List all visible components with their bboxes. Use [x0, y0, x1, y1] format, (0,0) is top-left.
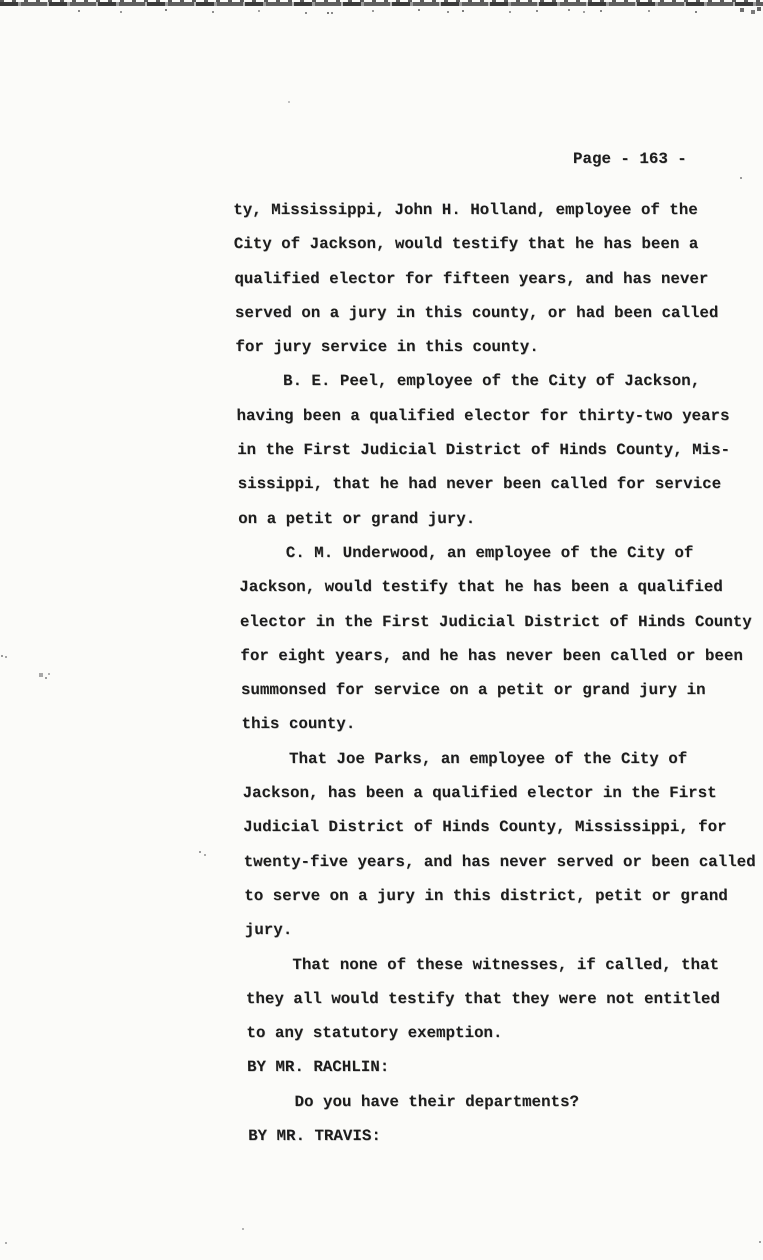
text-line: twenty-five years, and has never served … [243, 845, 763, 879]
text-line: jury. [245, 913, 763, 947]
text-line: having been a qualified elector for thir… [236, 399, 763, 433]
scan-edge-dots [0, 8, 2, 10]
text-line: elector in the First Judicial District o… [240, 605, 763, 639]
text-line: in the First Judicial District of Hinds … [237, 433, 763, 467]
text-line: BY MR. TRAVIS: [248, 1119, 763, 1153]
text-line: Judicial District of Hinds County, Missi… [243, 810, 763, 844]
paragraph: BY MR. TRAVIS: [248, 1119, 763, 1153]
paragraph: ty, Mississippi, John H. Holland, employ… [233, 193, 763, 364]
text-line: on a petit or grand jury. [238, 502, 763, 536]
text-line: Jackson, has been a qualified elector in… [242, 776, 763, 810]
text-line: Do you have their departments? [247, 1085, 763, 1119]
text-line: BY MR. RACHLIN: [247, 1050, 763, 1084]
text-line: That Joe Parks, an employee of the City … [242, 742, 763, 776]
paragraph: That Joe Parks, an employee of the City … [242, 742, 763, 948]
scanned-page: Page - 163 - ty, Mississippi, John H. Ho… [0, 0, 763, 1260]
text-line: to any statutory exemption. [246, 1016, 763, 1050]
scan-noise-specks [0, 0, 2, 2]
paragraph: Do you have their departments? [247, 1085, 763, 1119]
text-line: they all would testify that they were no… [246, 982, 763, 1016]
text-line: to serve on a jury in this district, pet… [244, 879, 763, 913]
text-line: That none of these witnesses, if called,… [245, 948, 763, 982]
text-line: sissippi, that he had never been called … [237, 467, 763, 501]
text-line: for jury service in this county. [235, 330, 763, 364]
text-line: summonsed for service on a petit or gran… [241, 673, 763, 707]
text-line: served on a jury in this county, or had … [235, 296, 763, 330]
text-line: this county. [241, 707, 763, 741]
text-line: ty, Mississippi, John H. Holland, employ… [233, 193, 763, 227]
paragraph: That none of these witnesses, if called,… [245, 948, 763, 1051]
text-line: City of Jackson, would testify that he h… [234, 227, 763, 261]
text-line: B. E. Peel, employee of the City of Jack… [236, 364, 763, 398]
text-line: for eight years, and he has never been c… [240, 639, 763, 673]
text-line: qualified elector for fifteen years, and… [234, 262, 763, 296]
text-line: Jackson, would testify that he has been … [239, 570, 763, 604]
paragraph: B. E. Peel, employee of the City of Jack… [236, 364, 763, 535]
text-line: C. M. Underwood, an employee of the City… [239, 536, 763, 570]
scan-edge-band [0, 2, 763, 6]
paragraph: BY MR. RACHLIN: [247, 1050, 763, 1084]
paragraph: C. M. Underwood, an employee of the City… [239, 536, 763, 742]
page-number-label: Page - 163 - [573, 142, 687, 176]
transcript-text-block: ty, Mississippi, John H. Holland, employ… [233, 193, 763, 1153]
